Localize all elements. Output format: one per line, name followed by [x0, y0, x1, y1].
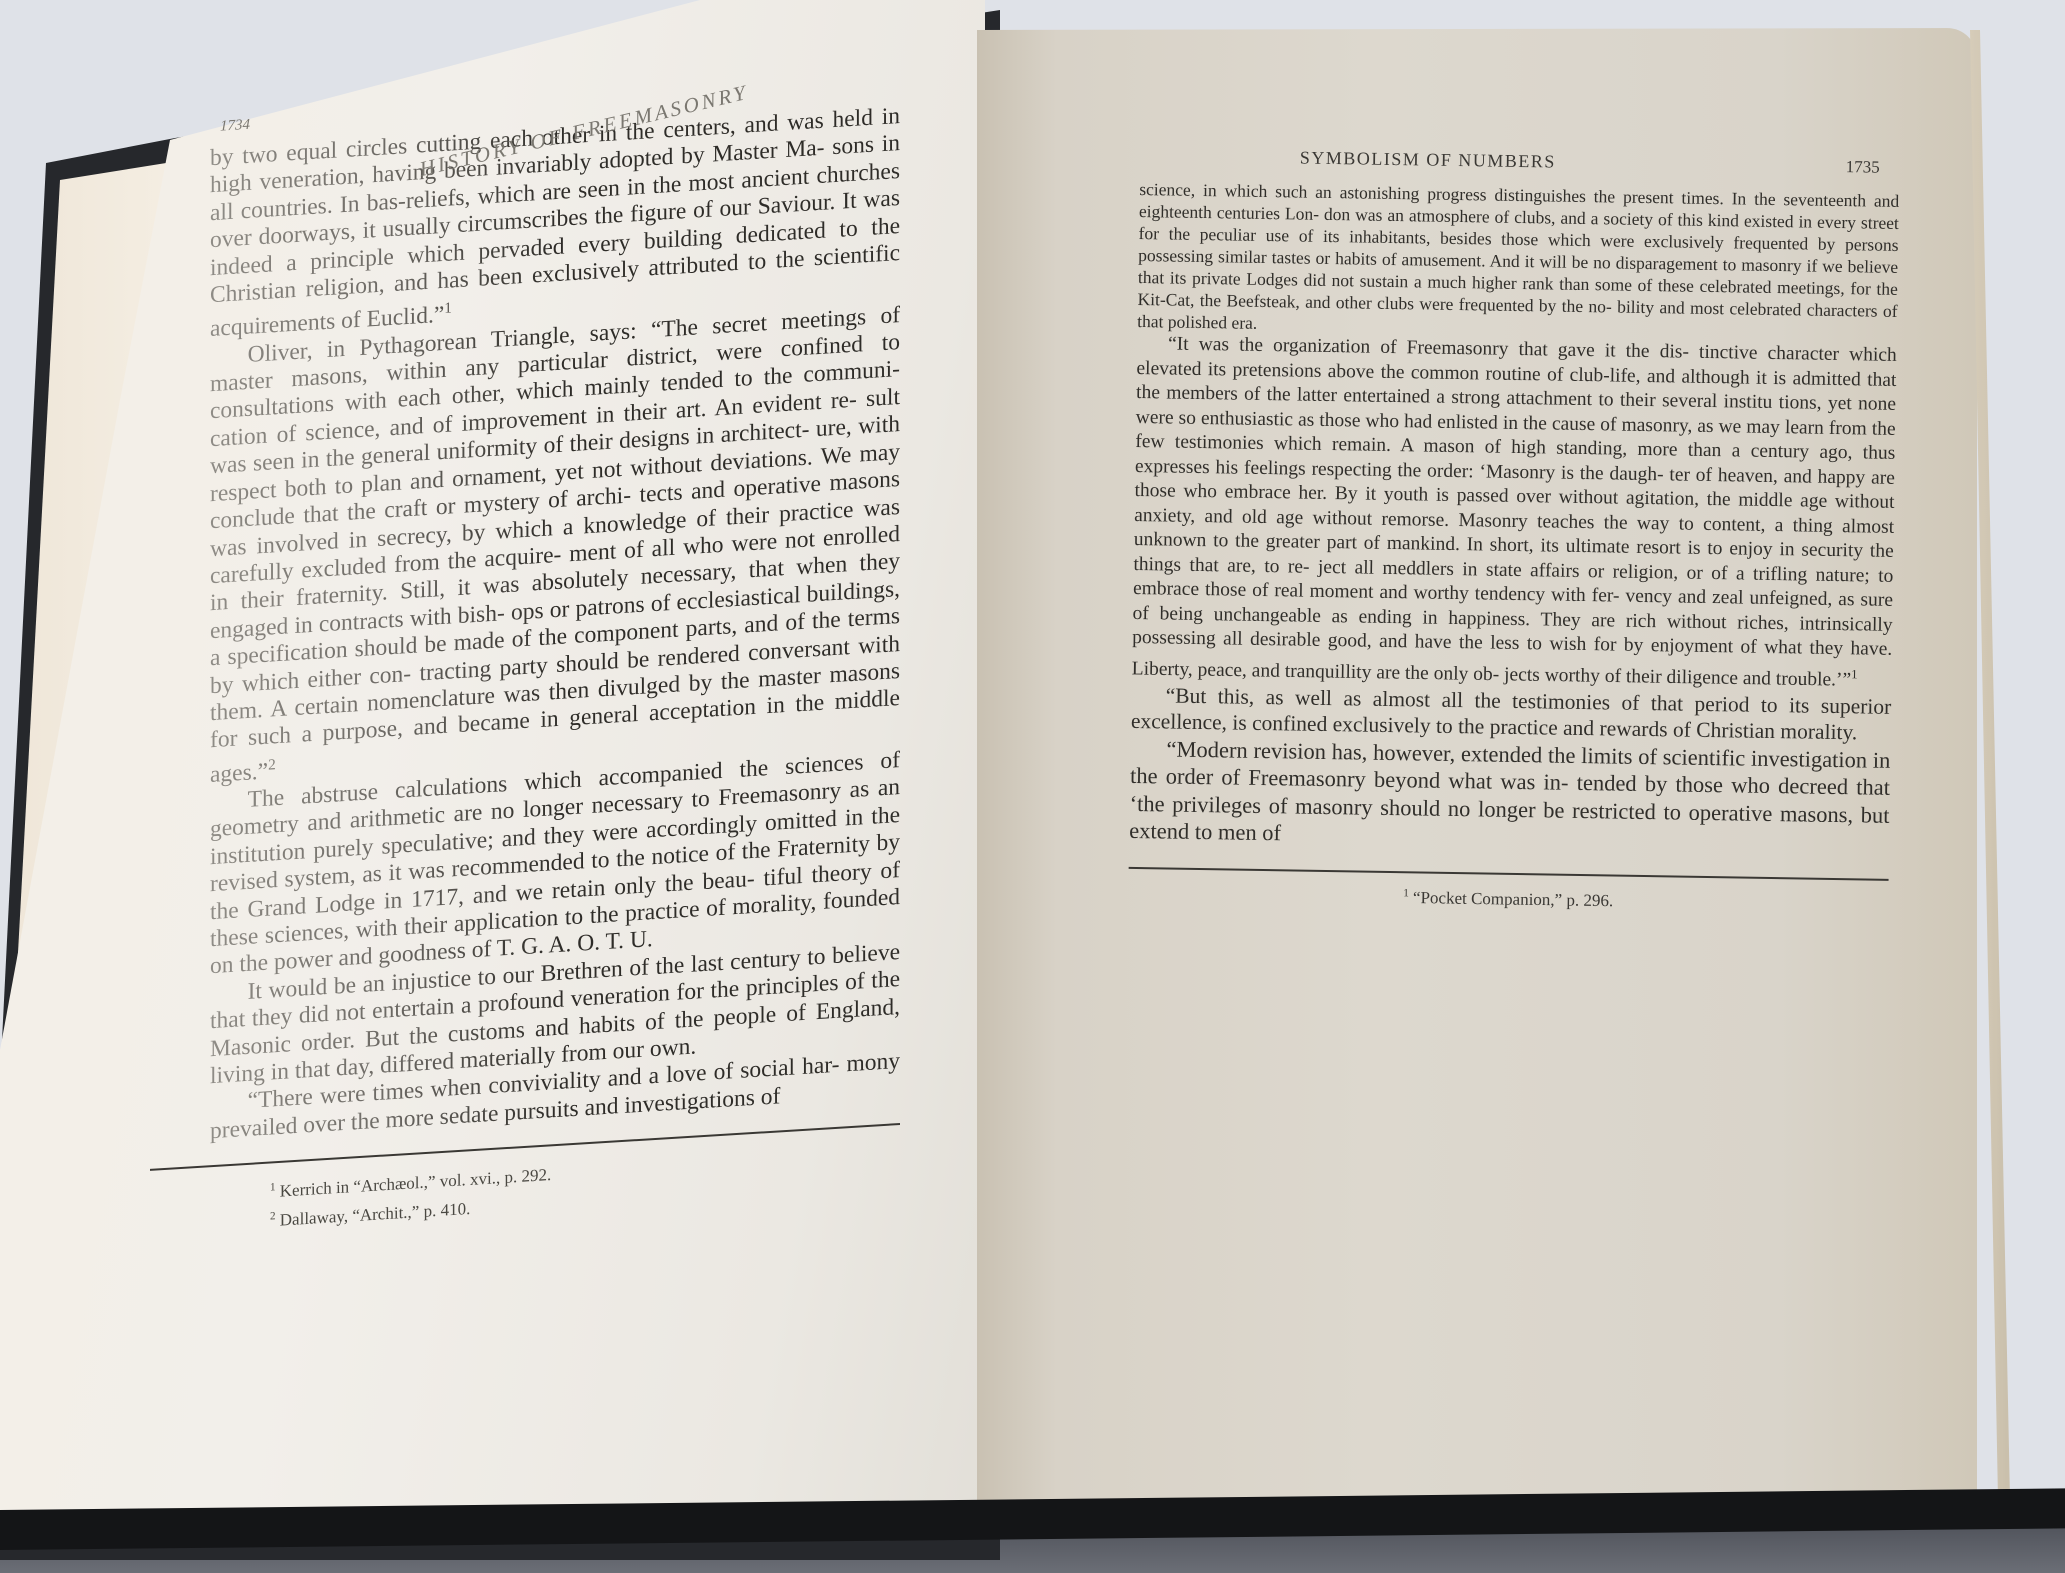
left-page-content: 1734 HISTORY OF FREEMASONRY by two equal… [210, 70, 900, 1237]
line: rewards of Christian morality. [1599, 716, 1857, 744]
right-paragraph-2: “It was the organization of Freemasonry … [1132, 332, 1897, 693]
footnote-ref[interactable]: 1 [444, 300, 452, 317]
line: jects worthy of their diligence and trou… [1504, 664, 1851, 690]
right-paragraph-4: “Modern revision has, however, extended … [1129, 734, 1891, 856]
right-running-title: SYMBOLISM OF NUMBERS [1300, 148, 1556, 173]
line: own. [650, 1034, 696, 1063]
footnote-ref[interactable]: 1 [1851, 667, 1858, 681]
open-book-photo: 1734 HISTORY OF FREEMASONRY by two equal… [0, 0, 2065, 1573]
line: all desirable good, and have the less to… [1223, 628, 1757, 657]
line: the latter entertained a strong attachme… [1267, 384, 1773, 413]
footnote-mark: 1 [270, 1181, 276, 1193]
right-body-text: science, in which such an astonishing pr… [1129, 178, 1899, 856]
footnote-text: “Pocket Companion,” p. 296. [1413, 888, 1613, 910]
footnote-mark: 1 [1403, 887, 1409, 899]
left-paragraph-2: Oliver, in Pythagorean Triangle, says: “… [210, 302, 900, 790]
right-footnote-divider [1129, 866, 1889, 880]
left-body-text: by two equal circles cutting each other … [210, 103, 900, 1145]
footnote-ref[interactable]: 2 [268, 756, 276, 773]
footnote-mark: 2 [270, 1210, 276, 1222]
right-page-content: SYMBOLISM OF NUMBERS 1735 science, in wh… [1128, 145, 1900, 915]
right-paragraph-1: science, in which such an astonishing pr… [1137, 178, 1899, 344]
left-page-number: 1734 [220, 117, 250, 136]
right-page-number: 1735 [1846, 157, 1880, 178]
